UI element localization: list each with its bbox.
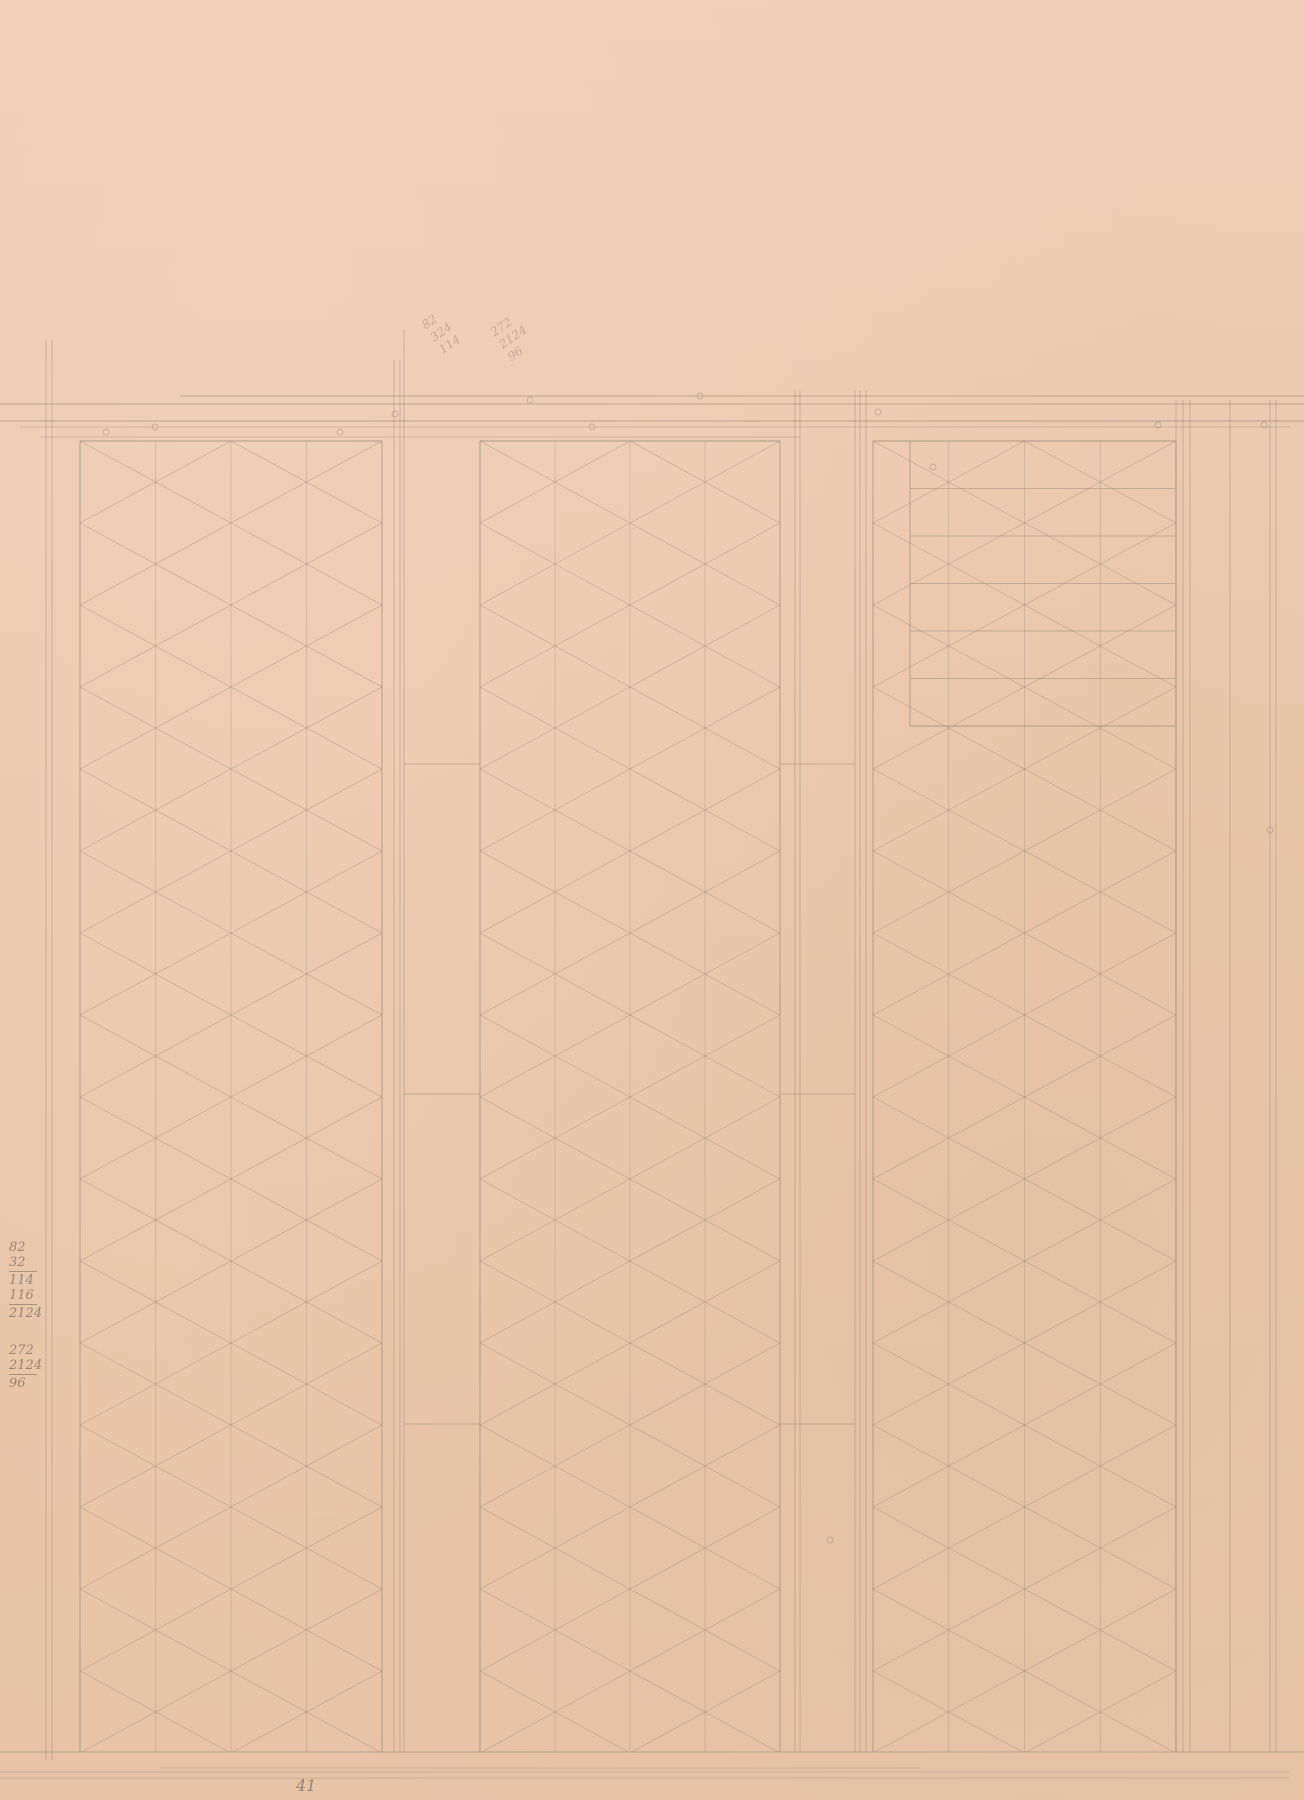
calc-line: 2124 — [9, 1306, 42, 1321]
lattice-diagonal — [632, 1671, 780, 1752]
lattice-diagonal — [233, 1671, 382, 1752]
drafting-sheet: 82 32 114 116 2124 272 2124 96 82 324 11… — [0, 0, 1304, 1800]
calc-line: 272 — [9, 1343, 42, 1358]
compass-point-mark — [930, 464, 936, 470]
lattice-drawing — [0, 0, 1304, 1800]
lattice-diagonal — [1026, 1671, 1176, 1752]
lattice-diagonal — [480, 1671, 628, 1752]
calc-spacer — [9, 1321, 42, 1343]
calc-line: 114 — [9, 1273, 42, 1288]
calc-line: 2124 — [9, 1358, 42, 1373]
lattice-diagonal — [82, 1589, 382, 1752]
calc-rule — [9, 1271, 37, 1272]
calc-line: 96 — [9, 1376, 42, 1391]
calc-rule — [9, 1374, 37, 1375]
lattice-diagonal — [873, 1671, 1023, 1752]
lattice-diagonal — [482, 1589, 780, 1752]
compass-point-mark — [875, 409, 881, 415]
compass-point-mark — [392, 411, 398, 417]
calc-line: 82 — [9, 1240, 42, 1255]
lattice-diagonal — [480, 1589, 778, 1752]
lattice-diagonal — [873, 1589, 1174, 1752]
lattice-diagonal — [80, 1671, 229, 1752]
compass-point-mark — [527, 397, 533, 403]
page-number: 41 — [296, 1778, 316, 1793]
compass-point-mark — [103, 429, 109, 435]
compass-point-mark — [337, 429, 343, 435]
compass-point-mark — [827, 1537, 833, 1543]
calc-line: 32 — [9, 1255, 42, 1270]
lattice-diagonal — [80, 1589, 380, 1752]
calc-line: 116 — [9, 1288, 42, 1303]
lattice-diagonal — [875, 1589, 1176, 1752]
calc-rule — [9, 1304, 37, 1305]
margin-calculation-note: 82 32 114 116 2124 272 2124 96 — [9, 1240, 42, 1391]
